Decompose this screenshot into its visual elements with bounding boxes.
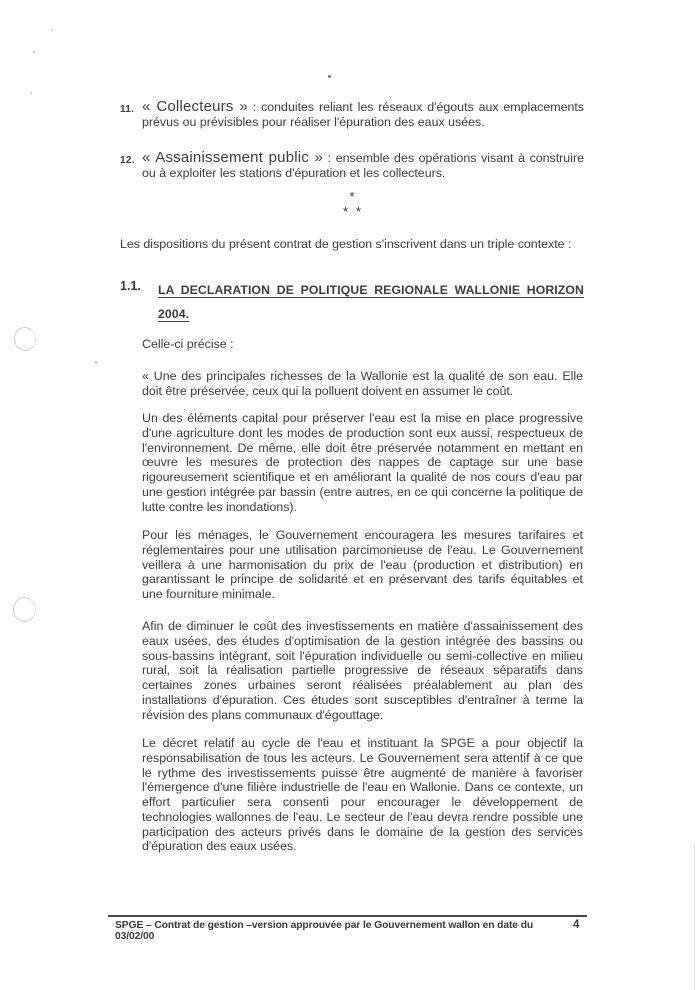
body-paragraph: Un des éléments capital pour préserver l… — [142, 411, 583, 514]
asterisk: * — [343, 204, 348, 219]
definition-number: 11. — [120, 100, 142, 130]
page-number: 4 — [573, 919, 579, 931]
body-paragraph: Le décret relatif au cycle de l'eau et i… — [142, 736, 583, 854]
definition-body: « Assainissement public » : ensemble des… — [142, 151, 584, 181]
definition-item-11: 11. « Collecteurs » : conduites reliant … — [120, 100, 584, 130]
definition-term: « Collecteurs » — [142, 98, 248, 115]
body-paragraph: Afin de diminuer le coût des investissem… — [142, 619, 583, 722]
scan-speck — [30, 92, 32, 94]
hole-punch-mark — [12, 326, 37, 353]
section-lead: Celle-ci précise : — [142, 337, 583, 351]
hole-punch-mark — [12, 596, 37, 623]
definition-item-12: 12. « Assainissement public » : ensemble… — [120, 151, 584, 181]
section-number: 1.1. — [120, 279, 158, 326]
body-paragraph: Pour les ménages, le Gouvernement encour… — [142, 528, 583, 602]
intro-paragraph: Les dispositions du présent contrat de g… — [120, 237, 586, 252]
scan-speck — [33, 51, 35, 53]
section-separator: * ** — [120, 190, 584, 220]
definition-body: « Collecteurs » : conduites reliant les … — [142, 100, 584, 130]
definition-number: 12. — [120, 151, 142, 181]
section-heading: 1.1. LA DECLARATION DE POLITIQUE REGIONA… — [120, 279, 584, 326]
asterisk: * — [356, 204, 361, 219]
footer-text: SPGE – Contrat de gestion –version appro… — [115, 920, 555, 942]
paper-edge-shadow — [694, 845, 695, 990]
asterisk: * — [349, 189, 354, 204]
body-paragraph: « Une des principales richesses de la Wa… — [142, 369, 583, 399]
separator-row: ** — [120, 205, 584, 220]
scanned-document-page: 11. « Collecteurs » : conduites reliant … — [0, 0, 700, 990]
definition-term: « Assainissement public » — [142, 149, 323, 166]
section-title: LA DECLARATION DE POLITIQUE REGIONALE WA… — [158, 279, 584, 326]
footer-rule — [108, 915, 587, 917]
scan-speck — [95, 361, 97, 364]
scan-speck — [51, 29, 53, 31]
separator-row: * — [120, 190, 584, 205]
scan-speck — [328, 75, 331, 78]
